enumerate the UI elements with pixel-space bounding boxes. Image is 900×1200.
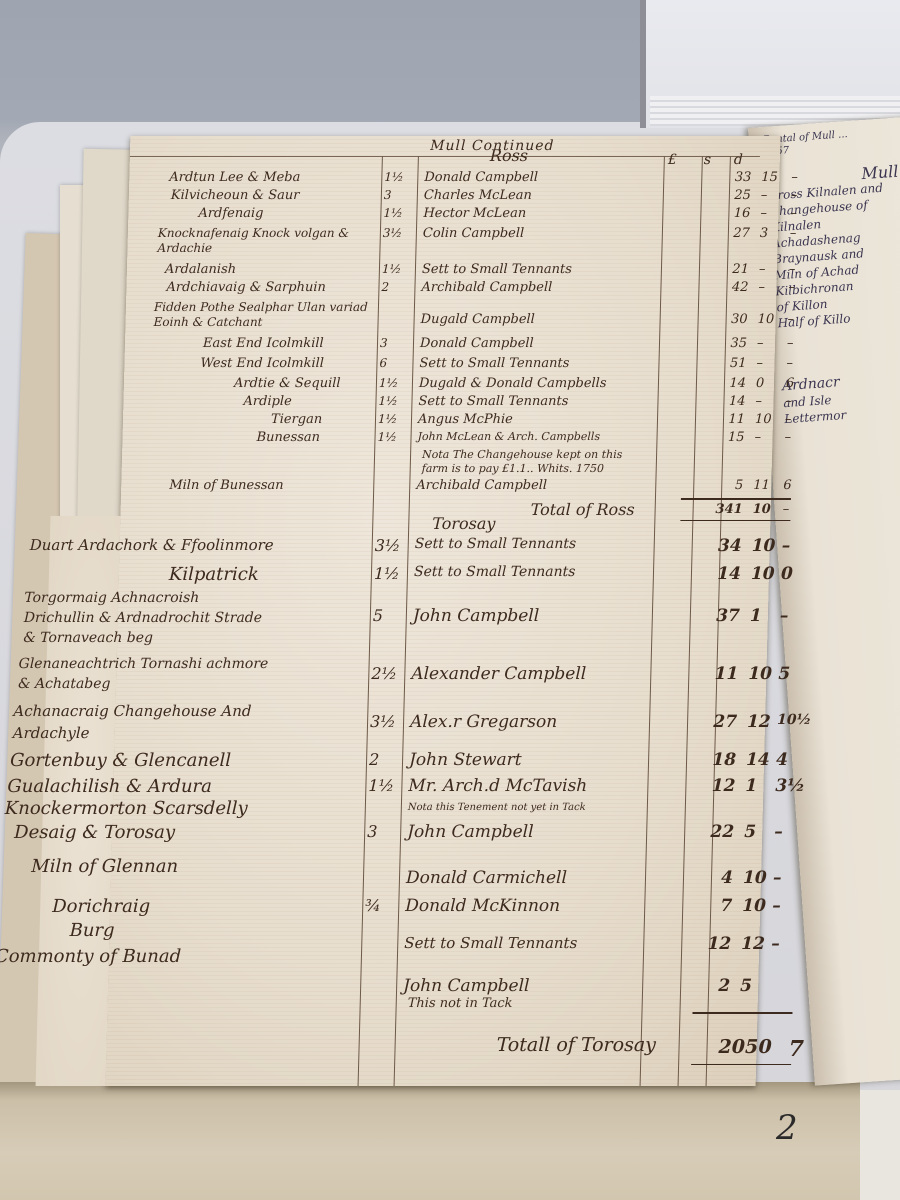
ledger-row: Knocknafenaig Knock volgan & Ardachie 3½… (47, 226, 778, 260)
share: 2 (381, 280, 389, 294)
shillings: 3 (760, 226, 769, 241)
pence: – (780, 606, 789, 626)
ledger-row: Dorichraig ¾ Donald McKinnon 7 10 – (30, 896, 761, 918)
pence: 3½ (775, 776, 805, 796)
tenant: Dugald Campbell (420, 312, 535, 327)
tenant: Donald Campbell (424, 170, 538, 185)
right-page-line: Kilbichronan (775, 279, 854, 298)
pounds: 22 (704, 822, 735, 842)
pence-header: d (734, 152, 743, 168)
tenant: Sett to Small Tennants (415, 536, 577, 552)
pence: – (785, 412, 792, 427)
ledger-row: Achanacraig Changehouse And Ardachyle 3½… (35, 700, 766, 744)
total-rule (681, 498, 791, 500)
shillings: 10 (748, 664, 772, 684)
tenant: Archibald Campbell (416, 478, 547, 493)
place-name: West End Icolmkill (200, 356, 324, 371)
pence: – (789, 262, 796, 277)
pounds: 27 (720, 226, 750, 241)
ledger-row: East End Icolmkill 3 Donald Campbell 35 … (45, 336, 776, 358)
place-name: Ardchiavaig & Sarphuin (166, 280, 326, 295)
pence: 10½ (777, 712, 812, 728)
share: 3 (367, 822, 378, 841)
total-rule (692, 1012, 792, 1014)
place-name: Ardtun Lee & Meba (169, 170, 300, 185)
shillings: 5 (744, 822, 756, 842)
pence: 0 (781, 564, 793, 584)
pounds: 12 (705, 776, 736, 796)
pounds: 21 (719, 262, 749, 277)
total-row-ross: 341 10 – (40, 502, 771, 524)
place-name: Ardiple (243, 394, 292, 409)
place-name: Torgormaig Achnacroish Drichullin & Ardn… (23, 588, 275, 648)
share: 1½ (378, 412, 398, 426)
place-name: Kilpatrick (169, 564, 259, 585)
place-name: Ardfenaig (198, 206, 263, 221)
tenant: Hector McLean (423, 206, 526, 221)
pounds: 14 (711, 564, 742, 584)
pence: – (790, 226, 797, 241)
pence: – (774, 822, 783, 842)
shillings: 1 (750, 606, 762, 626)
shillings: 12 (747, 712, 771, 732)
share: 3½ (383, 226, 403, 240)
pence: 6 (786, 376, 795, 391)
pence: – (773, 868, 782, 888)
ledger-row: Knockermorton Scarsdelly Nota this Tenem… (33, 798, 764, 820)
main-ledger-page: Mull Continued £ s d Ross Ardtun Lee & M… (106, 136, 781, 1086)
tenant: Donald McKinnon (405, 896, 560, 916)
tenant: Angus McPhie (418, 412, 513, 427)
pence: – (786, 356, 793, 371)
share: 1½ (379, 376, 399, 390)
pounds: 14 (715, 394, 745, 409)
ledger-row: Torgormaig Achnacroish Drichullin & Ardn… (37, 588, 769, 652)
place-name: Ardtie & Sequill (234, 376, 341, 391)
tenant: John Stewart (409, 750, 522, 770)
pence: – (787, 312, 794, 327)
pounds: 4 (703, 868, 734, 888)
tenant: Archibald Campbell (421, 280, 552, 295)
ledger-row: Bunessan 1½ John McLean & Arch. Campbell… (42, 430, 773, 452)
share: 1½ (377, 430, 397, 444)
share: 2 (369, 750, 380, 769)
total-row-torosay: 205 0 7 (46, 1036, 757, 1058)
tenant-note: Nota this Tenement not yet in Tack (408, 802, 586, 813)
ledger-row: Commonty of Bunad John Campbell 2 5 (29, 946, 760, 968)
tenant: Alexander Campbell (411, 664, 586, 684)
title-rule (130, 156, 760, 157)
shillings: – (757, 336, 764, 351)
share: 5 (373, 606, 384, 625)
shillings: – (759, 262, 766, 277)
pounds: 35 (717, 336, 747, 351)
changehouse-note: Nota The Changehouse kept on this farm i… (422, 448, 653, 476)
place-name: Desaig & Torosay (14, 822, 175, 843)
tenant: Donald Campbell (420, 336, 534, 351)
place-name: Tiergan (271, 412, 323, 427)
share: 3½ (370, 712, 396, 731)
ledger-row: West End Icolmkill 6 Sett to Small Tenna… (44, 356, 775, 378)
pence: – (781, 536, 790, 556)
pounds: 5 (713, 478, 743, 493)
pence: – (791, 188, 798, 203)
total-pounds: 205 (718, 1036, 749, 1058)
place-name: Fidden Pothe Sealphar Ulan variad Eoinh … (153, 300, 374, 330)
shillings: 10 (743, 868, 767, 888)
pounds: 11 (708, 664, 739, 684)
shillings: 11 (753, 478, 770, 493)
shillings: 1 (745, 776, 757, 796)
share: 3½ (374, 536, 400, 555)
pence: – (790, 206, 797, 221)
tenant: Mr. Arch.d McTavish (408, 776, 587, 796)
ledger-row: Kilpatrick 1½ Sett to Small Tennants 14 … (39, 564, 770, 586)
shillings: – (758, 280, 765, 295)
share: 1½ (382, 262, 402, 276)
ledger-row: Ardfenaig 1½ Hector McLean 16 – – (48, 206, 779, 228)
share: 2½ (371, 664, 397, 683)
shillings: 15 (761, 170, 778, 185)
place-name: Miln of Bunessan (169, 478, 284, 493)
tenant: John McLean & Arch. Campbells (417, 430, 600, 443)
pounds-header: £ (668, 152, 677, 168)
tenant: Sett to Small Tennants (414, 564, 576, 580)
place-name: Achanacraig Changehouse And Ardachyle (13, 700, 264, 744)
not-in-tack-note: This not in Tack (408, 996, 513, 1011)
right-page-line: Lettermor (784, 408, 847, 426)
place-name: Miln of Glennan (31, 856, 178, 877)
tenant: Donald Carmichell (406, 868, 567, 888)
ledger-row: Miln of Bunessan Archibald Campbell 5 11… (41, 478, 772, 500)
place-name: Gortenbuy & Glencanell (10, 750, 232, 771)
shillings: – (754, 430, 761, 445)
place-name: Commonty of Bunad (0, 946, 181, 967)
ledger-row: Miln of Glennan Donald Carmichell 4 10 – (31, 856, 762, 878)
share: 6 (379, 356, 387, 370)
place-name: Knockermorton Scarsdelly (5, 798, 248, 819)
place-name: Gualachilish & Ardura (7, 776, 212, 797)
share: 3 (380, 336, 388, 350)
share: 1½ (383, 206, 403, 220)
pounds: 14 (716, 376, 746, 391)
pence: 5 (778, 664, 790, 684)
right-strip (860, 1090, 900, 1200)
place-name: East End Icolmkill (203, 336, 324, 351)
pounds: 27 (707, 712, 738, 732)
shillings: – (760, 206, 767, 221)
ledger-row: Gortenbuy & Glencanell 2 John Stewart 18… (34, 750, 765, 772)
pence: – (785, 394, 792, 409)
shillings: 10 (742, 896, 766, 916)
shillings: – (761, 188, 768, 203)
pounds: 16 (720, 206, 750, 221)
pounds: 51 (716, 356, 746, 371)
share: 1½ (368, 776, 394, 795)
section-heading-torosay: Torosay (432, 514, 496, 533)
tenant: John Campbell (407, 822, 534, 842)
pounds: 11 (715, 412, 745, 427)
pounds: 7 (702, 896, 733, 916)
ledger-row: Duart Ardachork & Ffoolinmore 3½ Sett to… (39, 536, 770, 558)
pence: 6 (783, 478, 792, 493)
total-pounds: 341 (712, 502, 742, 517)
share: 1½ (378, 394, 398, 408)
pence: – (771, 934, 780, 954)
pounds: 34 (711, 536, 742, 556)
place-name: Bunessan (256, 430, 320, 445)
shillings: 10 (751, 536, 775, 556)
share: ¾ (365, 896, 381, 915)
ledger-row: Burg Sett to Small Tennants 12 12 – (29, 920, 760, 942)
pounds: 37 (710, 606, 741, 626)
tenant: John Campbell (413, 606, 540, 626)
tenant: Sett to Small Tennants (419, 356, 569, 371)
shillings: 14 (746, 750, 770, 770)
pounds: 42 (718, 280, 748, 295)
pence: 4 (776, 750, 788, 770)
shillings-header: s (704, 152, 712, 168)
place-name: Ardalanish (165, 262, 237, 277)
page-mark: 2 (776, 1108, 798, 1148)
place-name: Kilvicheoun & Saur (171, 188, 300, 203)
share: 3 (384, 188, 392, 202)
share: 1½ (384, 170, 404, 184)
shillings: – (756, 356, 763, 371)
place-name: Duart Ardachork & Ffoolinmore (29, 536, 273, 554)
ledger-row: Gualachilish & Ardura 1½ Mr. Arch.d McTa… (33, 776, 764, 798)
total-pence: 7 (788, 1036, 804, 1062)
pence: – (787, 336, 794, 351)
total-shillings: 0 (758, 1036, 772, 1058)
total-shillings: 10 (752, 502, 770, 517)
pounds: 2 (700, 976, 731, 996)
shillings: 10 (751, 564, 775, 584)
tenant: Sett to Small Tennants (418, 394, 568, 409)
shillings: – (755, 394, 762, 409)
tenant: Charles McLean (424, 188, 532, 203)
place-name: Knocknafenaig Knock volgan & Ardachie (157, 226, 378, 256)
pence: – (784, 430, 791, 445)
total-rule (680, 520, 790, 521)
pounds: 25 (721, 188, 751, 203)
section-heading-ross: Ross (490, 146, 529, 165)
share: 1½ (374, 564, 400, 583)
total-pence: – (782, 502, 789, 517)
pounds: 30 (717, 312, 747, 327)
ledger-row: Glenaneachtrich Tornashi achmore & Achat… (36, 654, 767, 698)
pounds: 15 (714, 430, 744, 445)
bottom-sheet (0, 1082, 860, 1200)
total-rule (691, 1064, 791, 1065)
ledger-row: Fidden Pothe Sealphar Ulan variad Eoinh … (45, 300, 776, 334)
place-name: Burg (69, 920, 115, 941)
tenant: Sett to Small Tennants (422, 262, 572, 277)
pence: – (788, 280, 795, 295)
ledger-row: Desaig & Torosay 3 John Campbell 22 5 – (32, 822, 763, 844)
shillings: 10 (755, 412, 772, 427)
right-page-line: of Killon (776, 297, 828, 315)
tenant: Alex.r Gregarson (410, 712, 558, 732)
shillings: 0 (756, 376, 765, 391)
ledger-row: Ardchiavaig & Sarphuin 2 Archibald Campb… (46, 280, 777, 302)
pence: – (772, 896, 781, 916)
place-name: Dorichraig (52, 896, 150, 917)
pence: – (791, 170, 798, 185)
tenant: Colin Campbell (423, 226, 525, 241)
place-name: Glenaneachtrich Tornashi achmore & Achat… (18, 654, 269, 694)
pounds: 33 (721, 170, 751, 185)
tenant: John Campbell (403, 976, 530, 996)
tenant: Dugald & Donald Campbells (419, 376, 607, 391)
shillings: 10 (757, 312, 774, 327)
shillings: 5 (740, 976, 752, 996)
pounds: 18 (706, 750, 737, 770)
